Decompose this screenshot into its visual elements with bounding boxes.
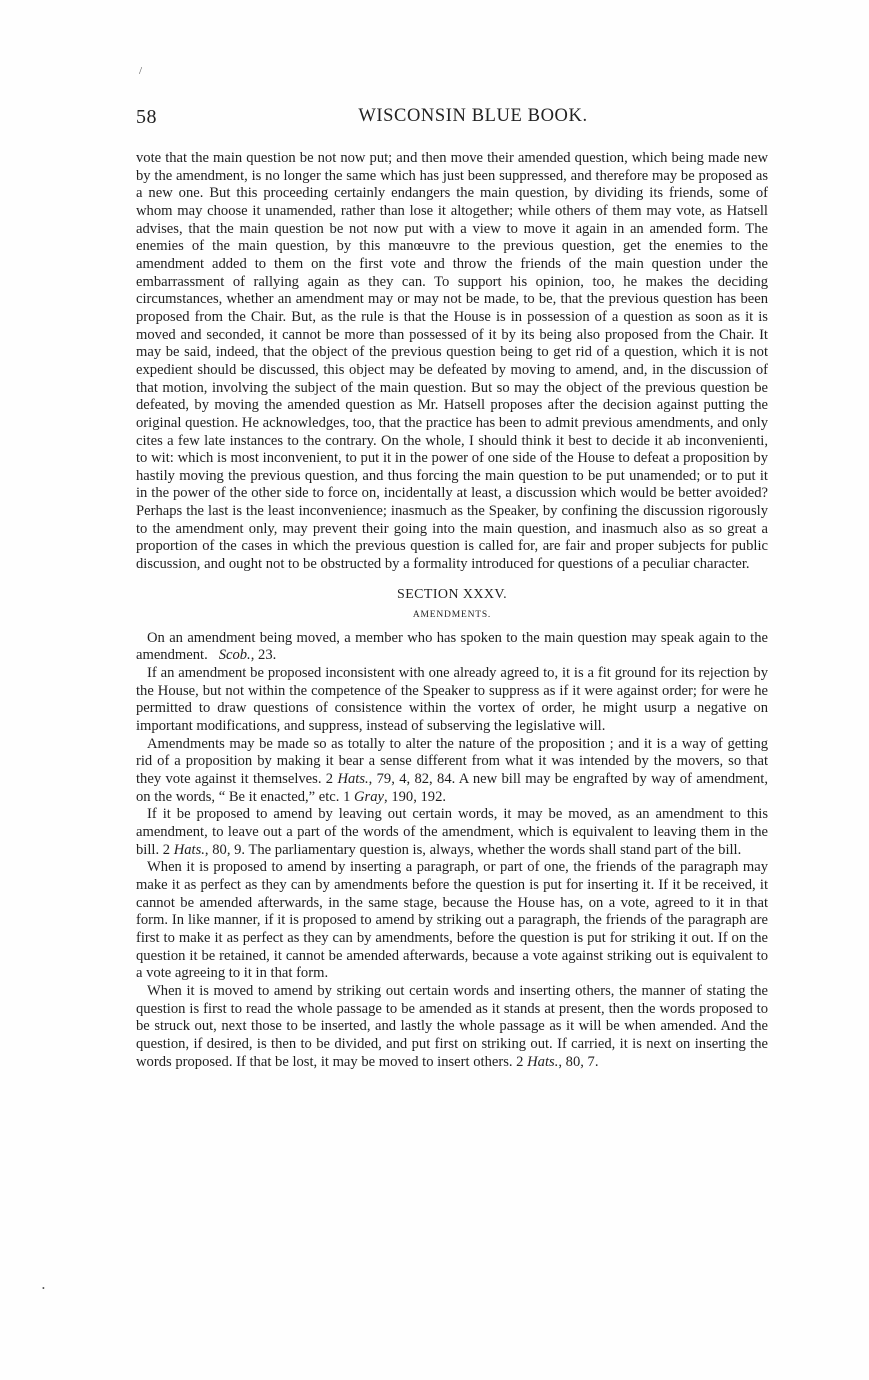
stray-dot-mark: •	[42, 1285, 45, 1293]
stray-slash-mark: /	[139, 66, 142, 77]
paragraph-text: , 80, 7.	[558, 1054, 598, 1070]
citation-ref: , 190, 192.	[384, 789, 446, 805]
section-subheading: AMENDMENTS.	[136, 609, 768, 621]
paragraph-3: Amendments may be made so as totally to …	[136, 736, 768, 807]
book-title: WISCONSIN BLUE BOOK.	[136, 106, 768, 127]
paragraph-text: When it is moved to amend by striking ou…	[136, 983, 768, 1070]
citation: Hats.	[527, 1054, 558, 1070]
paragraph-5: When it is proposed to amend by insertin…	[136, 859, 768, 983]
paragraph-text: , 80, 9. The parliamentary question is, …	[205, 842, 741, 858]
paragraph-1: On an amendment being moved, a member wh…	[136, 630, 768, 665]
continued-paragraph: vote that the main question be not now p…	[136, 150, 768, 574]
section-heading: SECTION XXXV.	[136, 586, 768, 603]
paragraph-4: If it be proposed to amend by leaving ou…	[136, 806, 768, 859]
citation-ref: , 23.	[251, 647, 277, 663]
citation: Scob.	[219, 647, 251, 663]
paragraph-2: If an amendment be proposed inconsistent…	[136, 665, 768, 736]
citation: Hats.	[337, 771, 368, 787]
running-head: 58 WISCONSIN BLUE BOOK.	[136, 106, 768, 132]
paragraph-6: When it is moved to amend by striking ou…	[136, 983, 768, 1071]
body-text: vote that the main question be not now p…	[136, 150, 768, 1071]
citation: Gray	[354, 789, 384, 805]
document-page: / • 58 WISCONSIN BLUE BOOK. vote that th…	[0, 0, 869, 1380]
citation: Hats.	[174, 842, 205, 858]
